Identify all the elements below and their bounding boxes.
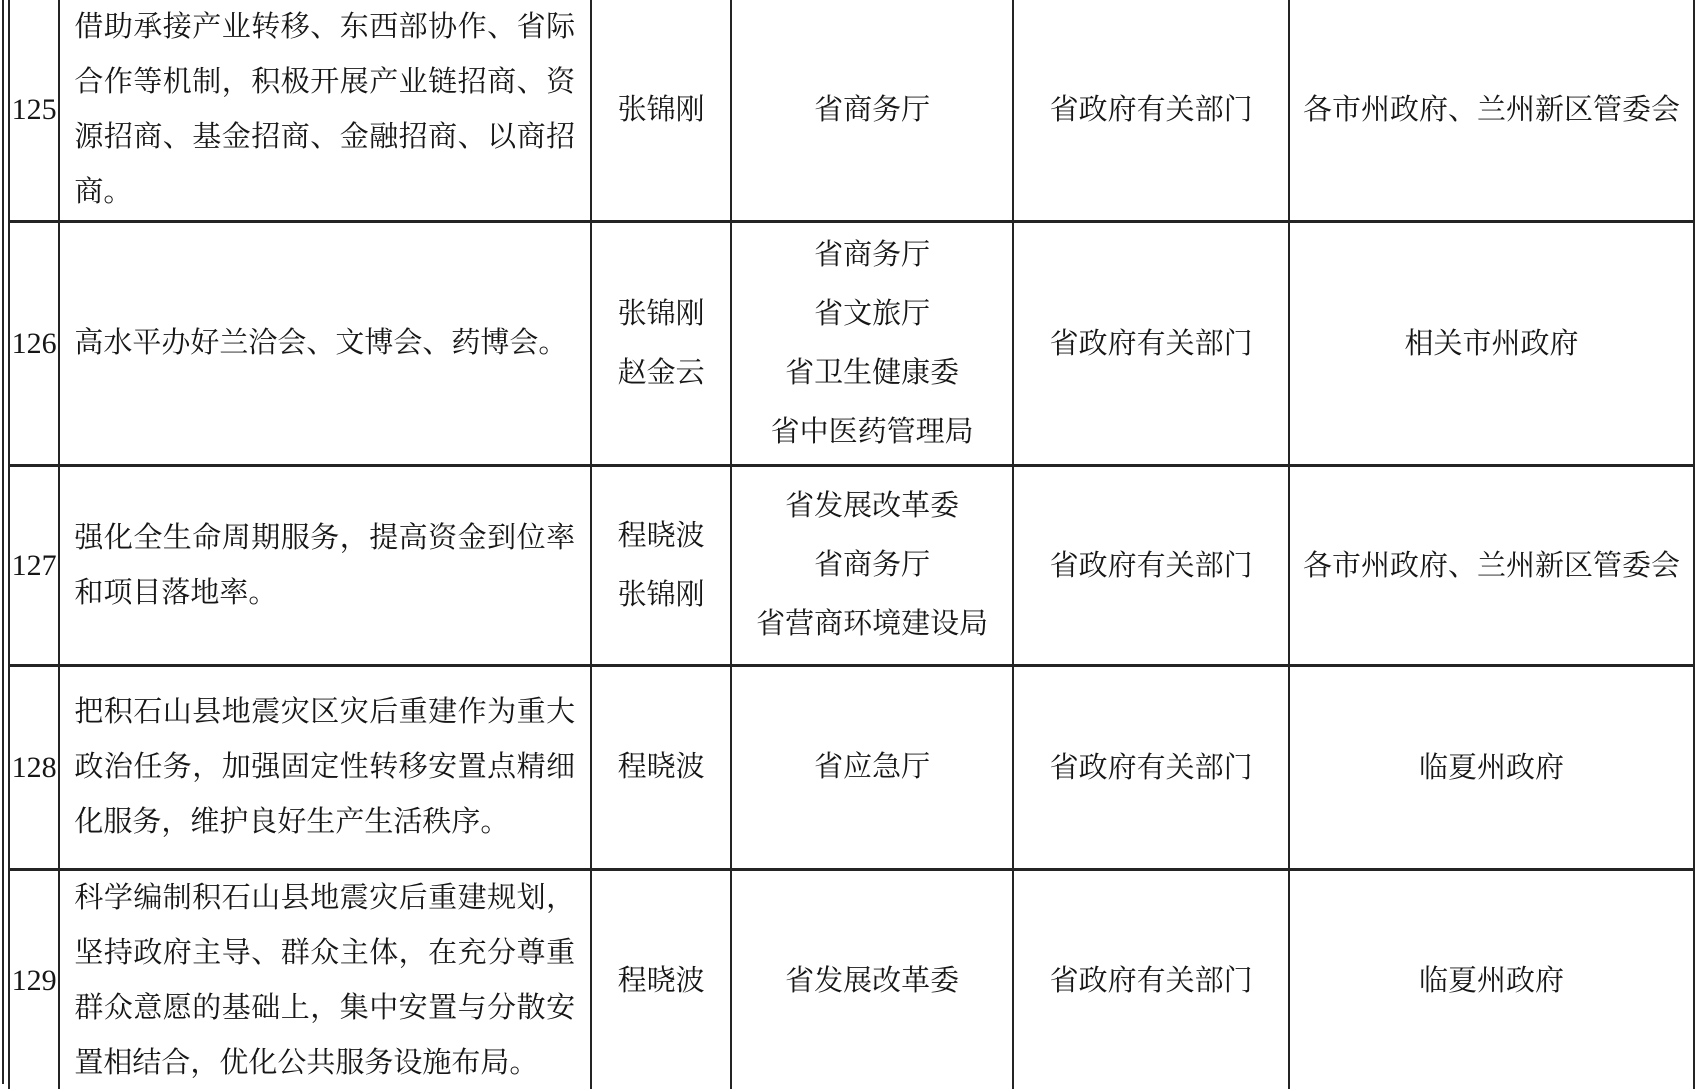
cell-text-line: 省发展改革委	[732, 477, 1012, 536]
table-row: 127强化全生命周期服务，提高资金到位率和项目落地率。程晓波张锦刚省发展改革委省…	[9, 466, 1694, 666]
local-government-cell: 各市州政府、兰州新区管委会	[1289, 0, 1694, 222]
row-number-cell: 129	[9, 870, 59, 1089]
cell-text-line: 张锦刚	[592, 285, 730, 344]
cell-text-line: 省商务厅	[732, 536, 1012, 595]
cell-text-line: 张锦刚	[592, 566, 730, 625]
lead-department-cell: 省商务厅	[731, 0, 1013, 222]
cell-text-line: 相关市州政府	[1290, 315, 1693, 373]
cell-text-line: 省发展改革委	[732, 952, 1012, 1011]
local-government-cell: 各市州政府、兰州新区管委会	[1289, 466, 1694, 666]
cell-text-line: 128	[10, 739, 58, 797]
task-description-cell: 借助承接产业转移、东西部协作、省际合作等机制，积极开展产业链招商、资源招商、基金…	[59, 0, 591, 222]
cell-text-line: 科学编制积石山县地震灾后重建规划，坚持政府主导、群众主体，在充分尊重群众意愿的基…	[74, 871, 575, 1089]
table-row: 126高水平办好兰洽会、文博会、药博会。张锦刚赵金云省商务厅省文旅厅省卫生健康委…	[9, 222, 1694, 466]
cell-text-line: 高水平办好兰洽会、文博会、药博会。	[74, 316, 575, 371]
task-description-cell: 把积石山县地震灾区灾后重建作为重大政治任务，加强固定性转移安置点精细化服务，维护…	[59, 666, 591, 870]
cell-text-line: 省应急厅	[732, 738, 1012, 797]
task-table-body: 125借助承接产业转移、东西部协作、省际合作等机制，积极开展产业链招商、资源招商…	[9, 0, 1694, 1089]
cell-text-line: 张锦刚	[592, 81, 730, 140]
cell-text-line: 赵金云	[592, 344, 730, 403]
leader-cell: 程晓波张锦刚	[591, 466, 731, 666]
lead-department-cell: 省发展改革委省商务厅省营商环境建设局	[731, 466, 1013, 666]
cell-text-line: 程晓波	[592, 507, 730, 566]
row-number-cell: 127	[9, 466, 59, 666]
cell-text-line: 各市州政府、兰州新区管委会	[1290, 81, 1693, 139]
cell-text-line: 省政府有关部门	[1014, 81, 1288, 139]
cooperating-cell: 省政府有关部门	[1013, 0, 1289, 222]
cell-text-line: 126	[10, 315, 58, 373]
local-government-cell: 相关市州政府	[1289, 222, 1694, 466]
cell-text-line: 省商务厅	[732, 81, 1012, 140]
task-description-cell: 高水平办好兰洽会、文博会、药博会。	[59, 222, 591, 466]
cooperating-cell: 省政府有关部门	[1013, 870, 1289, 1089]
leader-cell: 张锦刚赵金云	[591, 222, 731, 466]
local-government-cell: 临夏州政府	[1289, 666, 1694, 870]
lead-department-cell: 省应急厅	[731, 666, 1013, 870]
lead-department-cell: 省发展改革委	[731, 870, 1013, 1089]
leader-cell: 张锦刚	[591, 0, 731, 222]
task-assignment-table: 125借助承接产业转移、东西部协作、省际合作等机制，积极开展产业链招商、资源招商…	[8, 0, 1695, 1089]
local-government-cell: 临夏州政府	[1289, 870, 1694, 1089]
cooperating-cell: 省政府有关部门	[1013, 222, 1289, 466]
cell-text-line: 省商务厅	[732, 226, 1012, 285]
cell-text-line: 127	[10, 537, 58, 595]
cell-text-line: 省文旅厅	[732, 285, 1012, 344]
row-number-cell: 125	[9, 0, 59, 222]
cell-text-line: 借助承接产业转移、东西部协作、省际合作等机制，积极开展产业链招商、资源招商、基金…	[74, 0, 575, 220]
cell-text-line: 强化全生命周期服务，提高资金到位率和项目落地率。	[74, 511, 575, 621]
cell-text-line: 临夏州政府	[1290, 739, 1693, 797]
cell-text-line: 各市州政府、兰州新区管委会	[1290, 537, 1693, 595]
cell-text-line: 省中医药管理局	[732, 403, 1012, 462]
leader-cell: 程晓波	[591, 666, 731, 870]
task-description-cell: 强化全生命周期服务，提高资金到位率和项目落地率。	[59, 466, 591, 666]
lead-department-cell: 省商务厅省文旅厅省卫生健康委省中医药管理局	[731, 222, 1013, 466]
cell-text-line: 省政府有关部门	[1014, 739, 1288, 797]
row-number-cell: 128	[9, 666, 59, 870]
cell-text-line: 省营商环境建设局	[732, 595, 1012, 654]
cooperating-cell: 省政府有关部门	[1013, 466, 1289, 666]
table-row: 125借助承接产业转移、东西部协作、省际合作等机制，积极开展产业链招商、资源招商…	[9, 0, 1694, 222]
table-row: 128把积石山县地震灾区灾后重建作为重大政治任务，加强固定性转移安置点精细化服务…	[9, 666, 1694, 870]
cell-text-line: 省卫生健康委	[732, 344, 1012, 403]
cell-text-line: 程晓波	[592, 738, 730, 797]
row-number-cell: 126	[9, 222, 59, 466]
document-page: 125借助承接产业转移、东西部协作、省际合作等机制，积极开展产业链招商、资源招商…	[0, 0, 1697, 1089]
table-outer-left-border	[2, 0, 4, 1084]
task-description-cell: 科学编制积石山县地震灾后重建规划，坚持政府主导、群众主体，在充分尊重群众意愿的基…	[59, 870, 591, 1089]
cell-text-line: 129	[10, 952, 58, 1010]
cell-text-line: 125	[10, 81, 58, 139]
cell-text-line: 省政府有关部门	[1014, 952, 1288, 1010]
cell-text-line: 程晓波	[592, 952, 730, 1011]
cell-text-line: 省政府有关部门	[1014, 315, 1288, 373]
cell-text-line: 省政府有关部门	[1014, 537, 1288, 595]
cooperating-cell: 省政府有关部门	[1013, 666, 1289, 870]
leader-cell: 程晓波	[591, 870, 731, 1089]
cell-text-line: 把积石山县地震灾区灾后重建作为重大政治任务，加强固定性转移安置点精细化服务，维护…	[74, 685, 575, 850]
table-row: 129科学编制积石山县地震灾后重建规划，坚持政府主导、群众主体，在充分尊重群众意…	[9, 870, 1694, 1089]
cell-text-line: 临夏州政府	[1290, 952, 1693, 1010]
